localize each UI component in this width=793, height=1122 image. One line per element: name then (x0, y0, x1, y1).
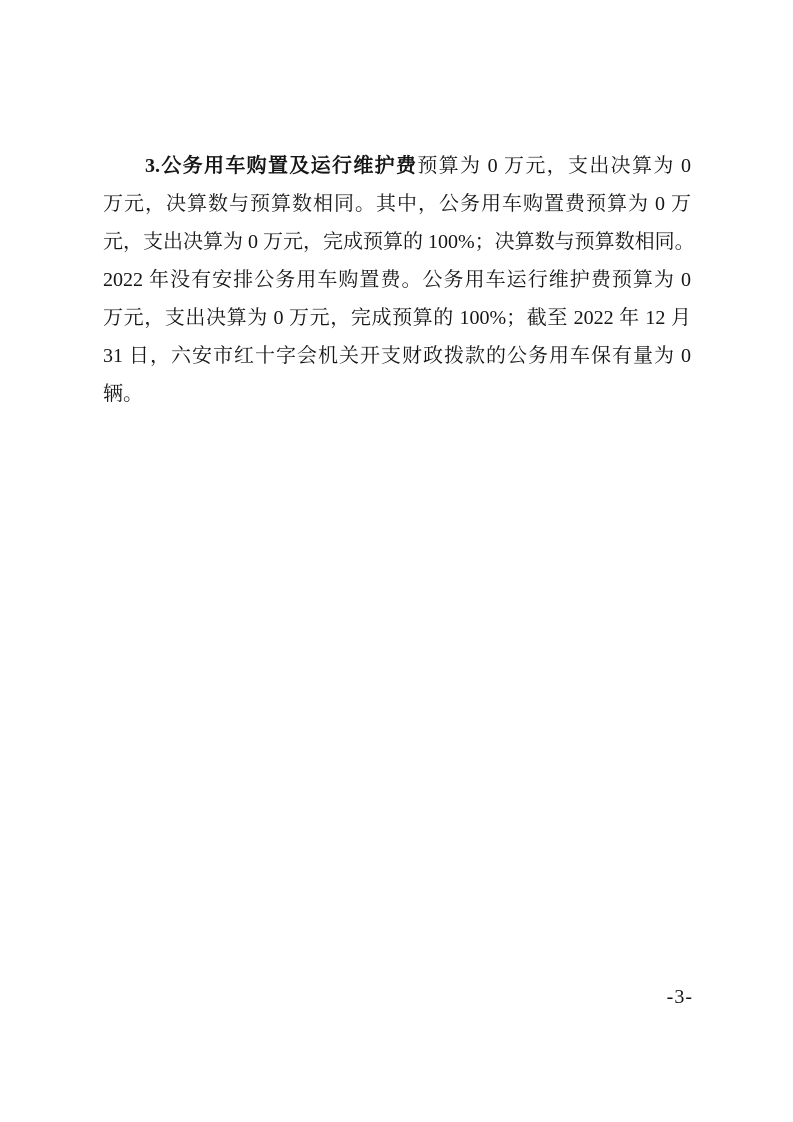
paragraph: 3.公务用车购置及运行维护费预算为 0 万元，支出决算为 0 万元，决算数与预算… (103, 147, 691, 413)
page-number: -3- (667, 986, 693, 1009)
paragraph-line: 2022 年没有安排公务用车购置费。公务用车运行维护费预算为 0 (103, 261, 691, 299)
paragraph-line: 31 日，六安市红十字会机关开支财政拨款的公务用车保有量为 0 (103, 337, 691, 375)
document-page: 3.公务用车购置及运行维护费预算为 0 万元，支出决算为 0 万元，决算数与预算… (0, 0, 793, 1122)
paragraph-line: 万元，支出决算为 0 万元，完成预算的 100%；截至 2022 年 12 月 (103, 299, 691, 337)
paragraph-line: 万元，决算数与预算数相同。其中，公务用车购置费预算为 0 万 (103, 185, 691, 223)
paragraph-line1-text: 预算为 0 万元，支出决算为 0 (417, 155, 691, 177)
paragraph-line: 辆。 (103, 375, 691, 413)
paragraph-line: 3.公务用车购置及运行维护费预算为 0 万元，支出决算为 0 (103, 147, 691, 185)
section-heading: 3.公务用车购置及运行维护费 (145, 155, 417, 177)
paragraph-line: 元，支出决算为 0 万元，完成预算的 100%；决算数与预算数相同。 (103, 223, 691, 261)
